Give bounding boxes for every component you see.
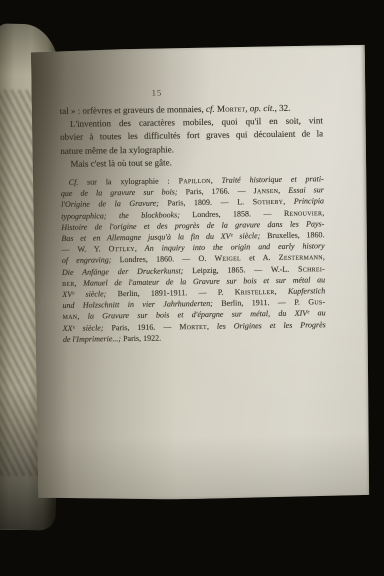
page-content: 15 tal » : orfèvres et graveurs de monna… <box>59 85 326 345</box>
bibliography-text: Cf. sur la xylographie : Papillon, Trait… <box>61 173 326 345</box>
body-text: tal » : orfèvres et graveurs de monnaies… <box>60 101 324 171</box>
book-page: 15 tal » : orfèvres et graveurs de monna… <box>31 45 371 502</box>
text-line: Mais c'est là où tout se gâte. <box>60 154 323 171</box>
book-photo: 15 tal » : orfèvres et graveurs de monna… <box>0 0 384 576</box>
page-number: 15 <box>25 86 288 100</box>
